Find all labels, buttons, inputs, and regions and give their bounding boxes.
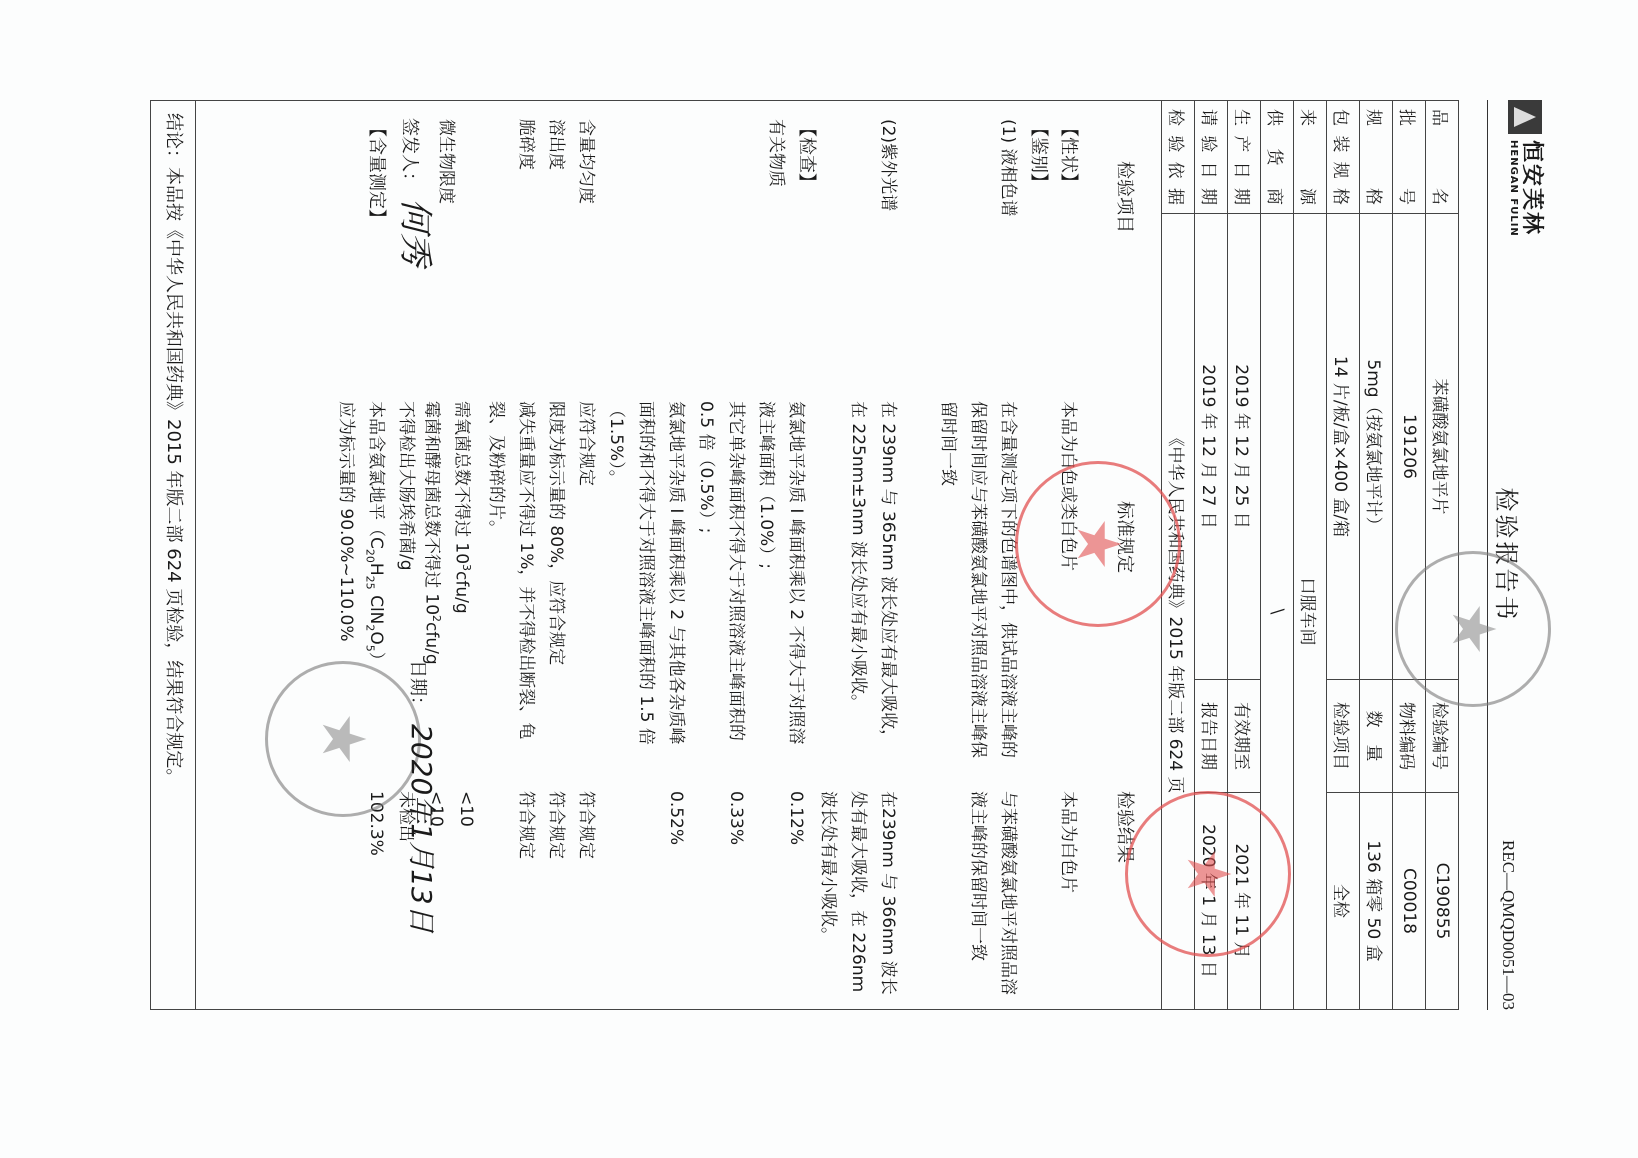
test-items: 全检: [1327, 793, 1360, 1010]
friability-standard: 减失重量应不得过 1%，并不得检出断裂、龟裂、及粉碎的片。: [481, 401, 541, 761]
spec: 5mg（按氨氯地平计）: [1360, 214, 1393, 680]
report-page: 恒安芙林 HENGAN FULIN 检验报告书 REC—QMQD0051—03 …: [0, 0, 1638, 1158]
label-request-date: 请验日期: [1195, 101, 1228, 214]
info-table: 品 名 苯磺酸氨氯地平片 检验编号 C190855 批 号 191206 物料编…: [1161, 100, 1459, 1010]
dissolution-result: 符合规定: [541, 791, 571, 1001]
label-supplier: 供 货 商: [1261, 101, 1294, 214]
date-handwritten: 2020年1月13日: [405, 724, 438, 933]
related-standard-2: 其它单杂峰面积不得大于对照溶液主峰面积的 0.5 倍（0.5%）;: [691, 401, 751, 761]
material-code: C00018: [1393, 793, 1426, 1010]
related-standard-3: 氨氯地平杂质 I 峰面积乘以 2 与其他各杂质峰面积的和不得大于对照溶液主峰面积…: [601, 401, 691, 761]
test-basis: 《中华人民共和国药典》2015 年版二部 624 页: [1162, 214, 1195, 1010]
date-label: 日期：: [407, 660, 428, 714]
uniformity-result: 符合规定: [571, 791, 601, 1001]
appearance-standard: 本品为白色或类白色片: [1053, 401, 1083, 761]
signer-label: 签发人：: [399, 118, 420, 190]
label-report-date: 报告日期: [1195, 680, 1228, 793]
test-no: C190855: [1426, 793, 1459, 1010]
hplc-standard: 在含量测定项下的色谱图中，供试品溶液主峰的保留时间应与苯磺酸氨氯地平对照品溶液主…: [933, 401, 1023, 761]
col-header-item: 检验项目: [1109, 161, 1139, 421]
label-batch: 批 号: [1393, 101, 1426, 214]
label-quantity: 数 量: [1360, 680, 1393, 793]
microbial-standard-1: 需氧菌总数不得过 103cfu/g: [446, 401, 481, 761]
signer-signature: 何秀: [395, 198, 435, 266]
label-test-no: 检验编号: [1426, 680, 1459, 793]
label-product-name: 品 名: [1426, 101, 1459, 214]
hplc-result: 与苯磺酸氨氯地平对照品溶液主峰的保留时间一致: [963, 791, 1023, 1001]
assay-heading: 【含量测定】: [361, 119, 391, 379]
check-heading: 【检查】: [791, 119, 821, 379]
signer: 签发人：何秀: [394, 118, 443, 266]
uv-result: 在239nm 与 366nm 波长处有最大吸收，在 226nm 波长处有最小吸收…: [813, 791, 903, 1001]
related-substances-item: 有关物质: [761, 119, 791, 379]
form-code: REC—QMQD0051—03: [1498, 840, 1518, 1010]
friability-item: 脆碎度: [511, 119, 541, 379]
conclusion: 结论：本品按《中华人民共和国药典》2015 年版二部 624 页检验，结果符合规…: [151, 101, 196, 1009]
related-result-1: 0.12%: [781, 791, 811, 1001]
quantity: 136 箱零 50 盒: [1360, 793, 1393, 1010]
related-standard-1: 氨氯地平杂质 I 峰面积乘以 2 不得大于对照溶液主峰面积（1.0%）;: [751, 401, 811, 761]
label-prod-date: 生产日期: [1228, 101, 1261, 214]
batch-no: 191206: [1393, 214, 1426, 680]
label-material-code: 物料编码: [1393, 680, 1426, 793]
microbial-result-1: <10: [451, 791, 481, 1001]
uv-item: (2)紫外光谱: [873, 119, 903, 379]
assay-result: 102.3%: [361, 791, 391, 1001]
label-source: 来 源: [1294, 101, 1327, 214]
dissolution-item: 溶出度: [541, 119, 571, 379]
appearance-heading: 【性状】: [1053, 119, 1083, 379]
supplier: \: [1261, 214, 1294, 1010]
friability-result: 符合规定: [511, 791, 541, 1001]
prod-date: 2019 年 12 月 25 日: [1228, 214, 1261, 680]
label-spec: 规 格: [1360, 101, 1393, 214]
quality-dept-stamp: ★: [1015, 461, 1181, 627]
package-spec: 14 片/板/盒×400 盒/箱: [1327, 214, 1360, 680]
label-test-items: 检验项目: [1327, 680, 1360, 793]
uniformity-item: 含量均匀度: [571, 119, 601, 379]
product-name: 苯磺酸氨氯地平片: [1426, 214, 1459, 680]
col-header-result: 检验结果: [1109, 791, 1139, 1001]
request-date: 2019 年 12 月 27 日: [1195, 214, 1228, 680]
identification-heading: 【鉴别】: [1023, 119, 1053, 379]
related-result-2: 0.33%: [721, 791, 751, 1001]
assay-standard-2: 应为标示量的 90.0%~110.0%: [331, 401, 361, 761]
label-package: 包装规格: [1327, 101, 1360, 214]
related-result-3: 0.52%: [661, 791, 691, 1001]
dissolution-standard: 限度为标示量的 80%，应符合规定: [541, 401, 571, 761]
expiry-date: 2021 年 11 月: [1228, 793, 1261, 1010]
report-header: 恒安芙林 HENGAN FULIN 检验报告书 REC—QMQD0051—03: [1487, 100, 1548, 1010]
sign-date: 日期：2020年1月13日: [403, 660, 443, 933]
appearance-result: 本品为白色片: [1053, 791, 1083, 1001]
source: 口服车间: [1294, 214, 1327, 1010]
label-expiry: 有效期至: [1228, 680, 1261, 793]
report-date: 2020 年 1 月 13 日: [1195, 793, 1228, 1010]
uv-standard: 在 239nm 与 365nm 波长处应有最大吸收，在 225nm±3nm 波长…: [843, 401, 903, 761]
label-basis: 检验依据: [1162, 101, 1195, 214]
results-section: 检验项目 标准规定 检验结果 【性状】 本品为白色或类白色片 本品为白色片 【鉴…: [150, 100, 1161, 1010]
uniformity-standard: 应符合规定: [571, 401, 601, 761]
hplc-item: (1) 液相色谱: [993, 119, 1023, 379]
